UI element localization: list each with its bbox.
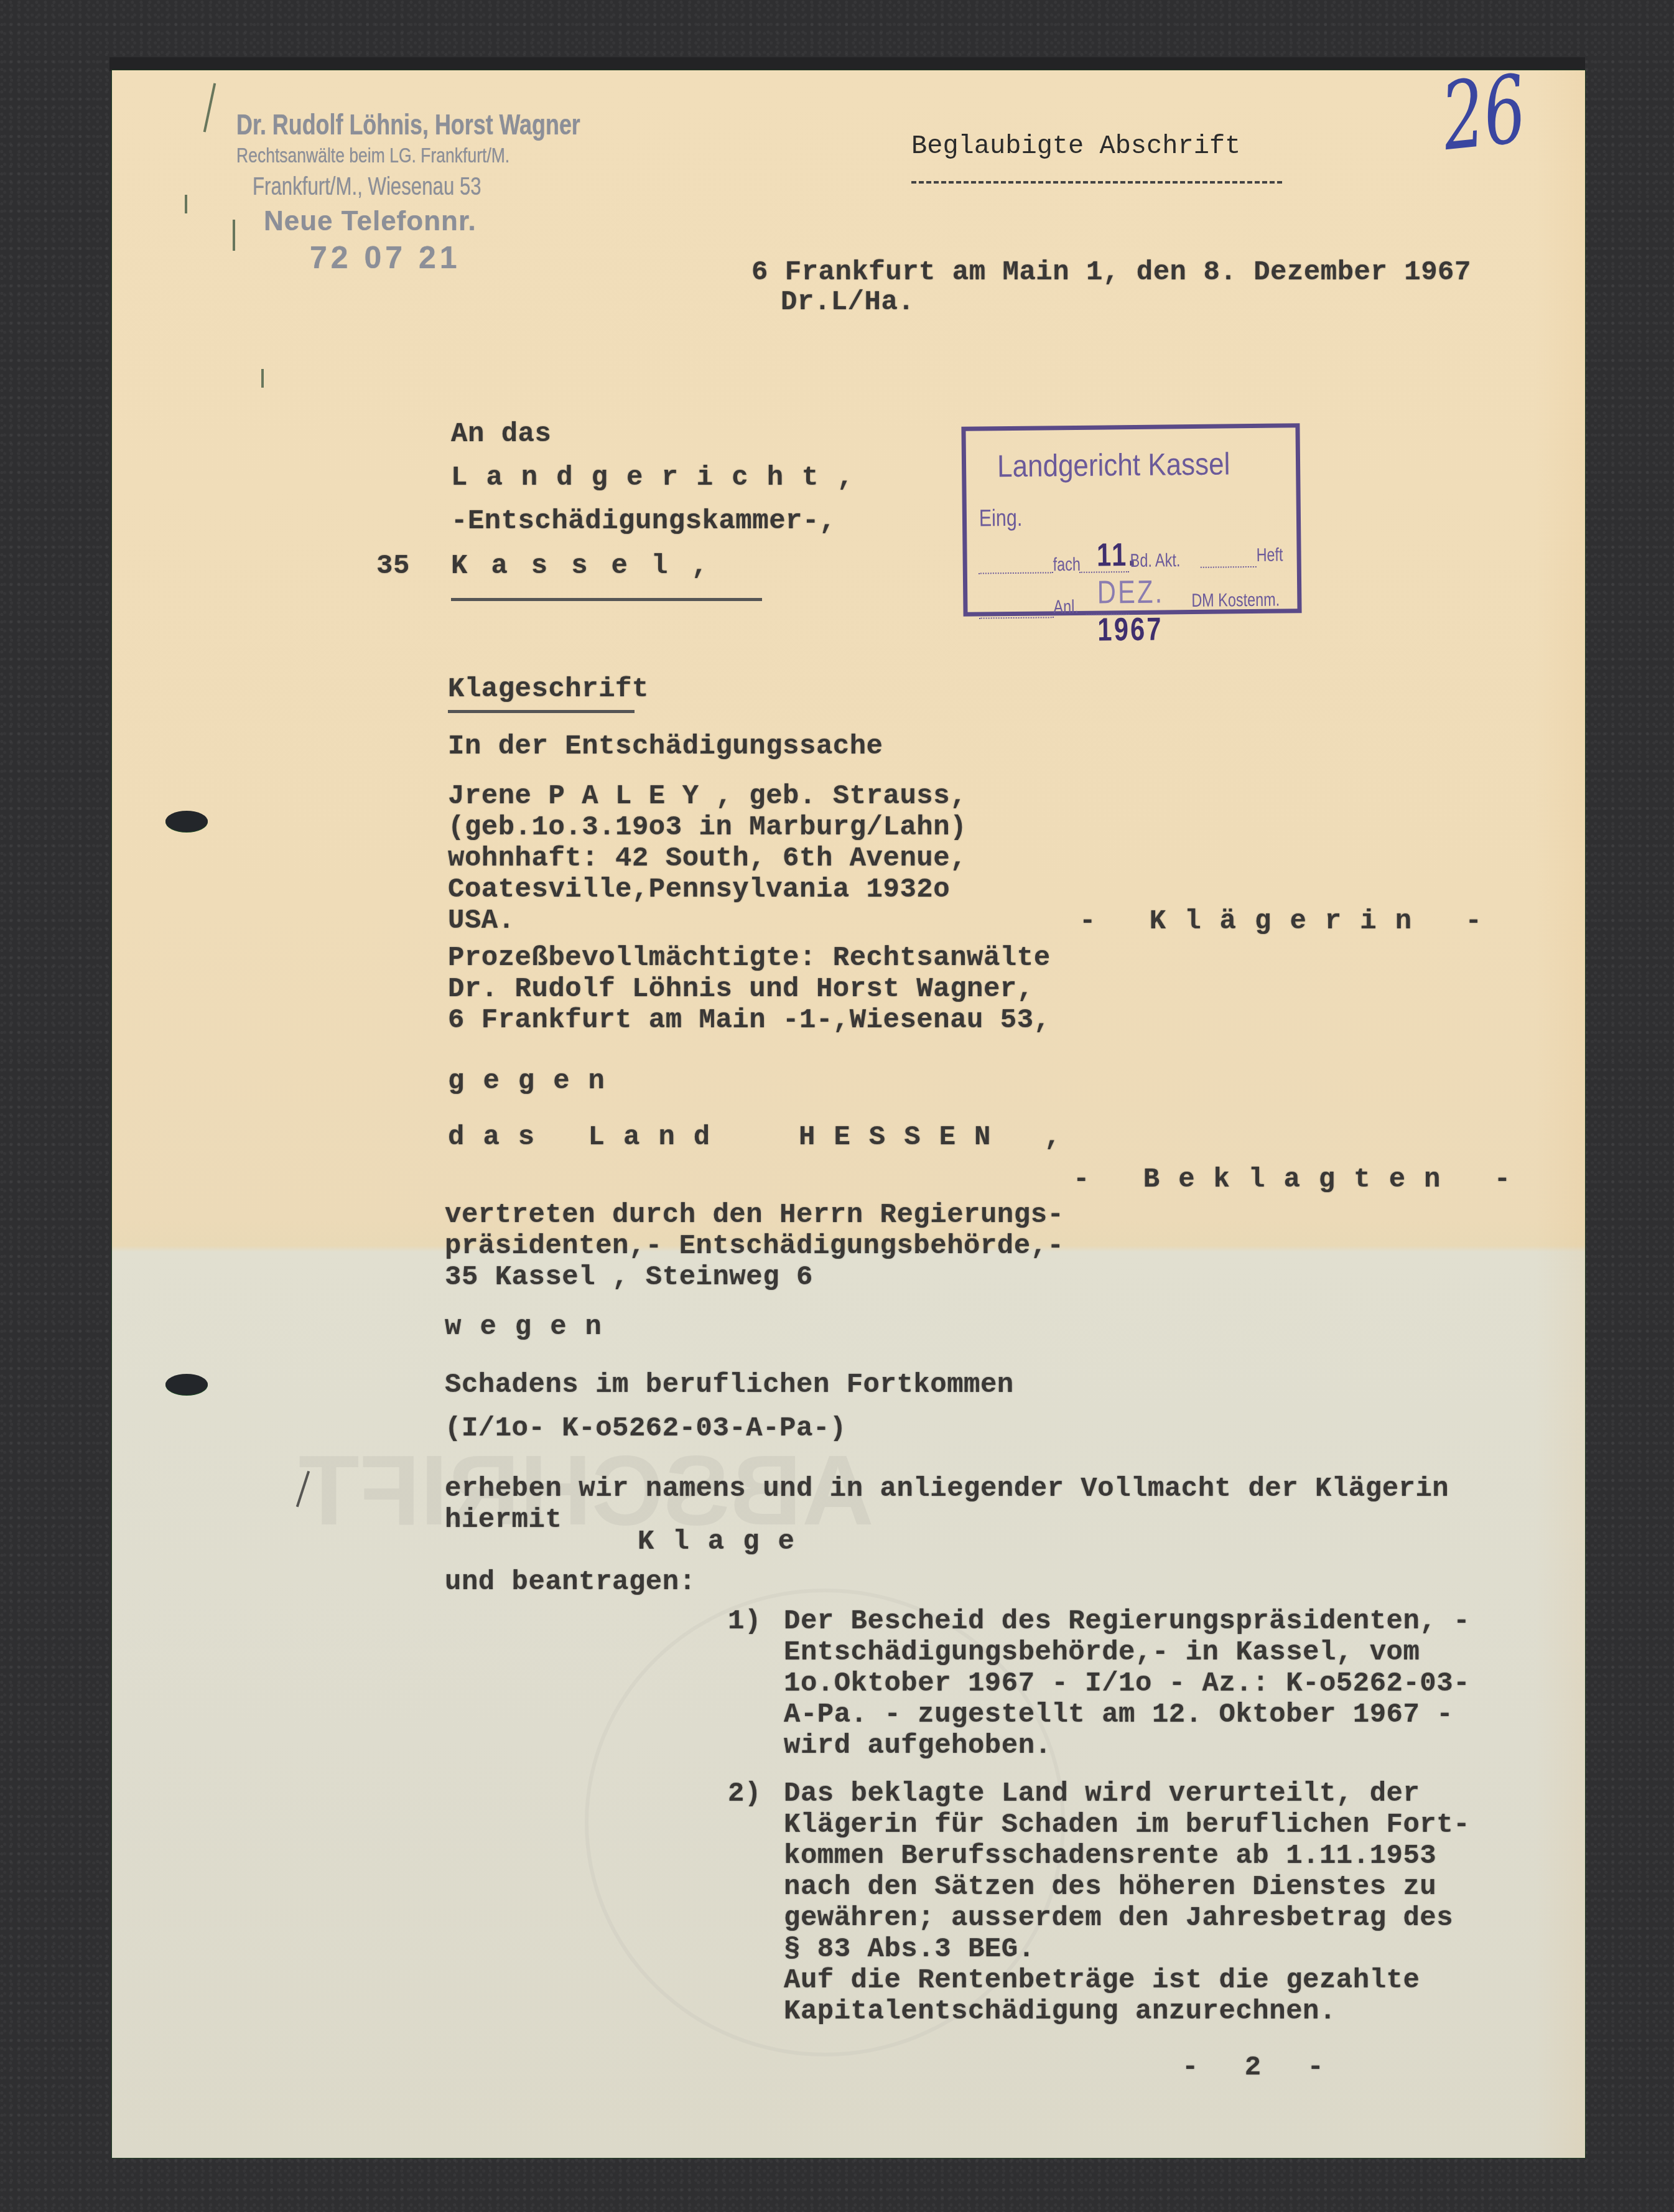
counsel-block: Prozeßbevollmächtigte: Rechtsanwälte Dr.… <box>448 943 1051 1036</box>
plaintiff-line: (geb.1o.3.19o3 in Marburg/Lahn) <box>448 812 967 843</box>
stamp-received-label: Eing. <box>979 505 1023 533</box>
letterhead-phone-label: Neue Telefonnr. <box>264 206 477 237</box>
plaintiff-line: wohnhaft: 42 South, 6th Avenue, <box>448 843 967 874</box>
document-heading: Klageschrift <box>448 674 649 705</box>
stamp-field-heft: Heft <box>1256 544 1283 566</box>
counsel-line: 6 Frankfurt am Main -1-,Wiesenau 53, <box>448 1005 1051 1036</box>
motion-line: Auf die Rentenbeträge ist die gezahlte <box>784 1965 1470 1996</box>
place-date: 6 Frankfurt am Main 1, den 8. Dezember 1… <box>751 257 1471 288</box>
stamp-field-bd-akt: Bd. Akt. <box>1130 550 1181 572</box>
punch-hole <box>165 1374 208 1395</box>
reference-initials: Dr.L/Ha. <box>781 287 914 318</box>
regarding-word: wegen <box>445 1312 620 1343</box>
recipient-postcode: 35 <box>376 551 410 582</box>
staple-tear-mark <box>261 369 264 388</box>
plaintiff-role: - Klägerin - <box>1079 906 1500 937</box>
document-title: Beglaubigte Abschrift <box>911 131 1240 161</box>
subject-line: Schadens im beruflichen Fortkommen <box>445 1370 1014 1401</box>
plaintiff-block: Jrene P A L E Y , geb. Strauss, (geb.1o.… <box>448 781 967 936</box>
letterhead-names: Dr. Rudolf Löhnis, Horst Wagner <box>236 108 580 141</box>
letterhead-phone-number: 72 07 21 <box>310 240 461 276</box>
counsel-line: Prozeßbevollmächtigte: Rechtsanwälte <box>448 943 1051 974</box>
motion-line: Der Bescheid des Regierungspräsidenten, … <box>784 1606 1470 1637</box>
plaintiff-line: USA. <box>448 905 967 936</box>
page-number-marker: - 2 - <box>1182 2052 1339 2083</box>
staple-tear-mark <box>203 83 216 132</box>
heading-underline <box>448 710 635 713</box>
letterhead-address: Frankfurt/M., Wiesenau 53 <box>253 173 481 201</box>
punch-hole <box>165 811 208 832</box>
file-reference: (I/1o- K-o5262-03-A-Pa-) <box>445 1413 847 1444</box>
binder-edge <box>109 57 1585 71</box>
motion-text: Der Bescheid des Regierungspräsidenten, … <box>784 1606 1470 1762</box>
plaintiff-line: Jrene P A L E Y , geb. Strauss, <box>448 781 967 812</box>
motion-line: 1o.Oktober 1967 - I/1o - Az.: K-o5262-03… <box>784 1668 1470 1699</box>
filing-block: erheben wir namens und in anliegender Vo… <box>445 1473 1449 1536</box>
stamp-court-name: Landgericht Kassel <box>997 446 1230 484</box>
defendant-name: das Land HESSEN , <box>448 1122 1079 1153</box>
folio-number: 26 <box>1437 55 1531 172</box>
recipient-court: Landgericht, <box>451 462 872 493</box>
recipient-city: Kassel, <box>451 551 732 582</box>
motion-line: nach den Sätzen des höheren Dienstes zu <box>784 1872 1470 1903</box>
motion-number: 1) <box>728 1606 761 1637</box>
against-word: gegen <box>448 1066 623 1097</box>
motion-text: Das beklagte Land wird verurteilt, der K… <box>784 1778 1470 2027</box>
matter-line: In der Entschädigungssache <box>448 731 883 762</box>
plaintiff-line: Coatesville,Pennsylvania 1932o <box>448 874 967 905</box>
stamp-field-fach: fach <box>1053 554 1081 576</box>
motion-number: 2) <box>728 1778 761 1809</box>
representation-line: vertreten durch den Herrn Regierungs- <box>445 1200 1064 1231</box>
stamp-year: 1967 <box>1097 611 1163 648</box>
staple-tear-mark <box>233 220 235 251</box>
defendant-role: - Beklagten - <box>1073 1164 1529 1195</box>
motion-line: Entschädigungsbehörde,- in Kassel, vom <box>784 1637 1470 1668</box>
stamp-blank-line <box>1201 566 1257 568</box>
counsel-line: Dr. Rudolf Löhnis und Horst Wagner, <box>448 974 1051 1005</box>
recipient-chamber: -Entschädigungskammer-, <box>451 506 836 537</box>
title-underline <box>911 181 1282 184</box>
claim-word: Klage <box>638 1526 813 1557</box>
city-underline <box>451 598 762 601</box>
motion-line: Klägerin für Schaden im beruflichen Fort… <box>784 1809 1470 1841</box>
motion-intro: und beantragen: <box>445 1567 696 1598</box>
representation-block: vertreten durch den Herrn Regierungs- pr… <box>445 1200 1064 1293</box>
stamp-date: 11. DEZ. 1967 <box>1041 498 1165 686</box>
motion-line: Kapitalentschädigung anzurechnen. <box>784 1996 1470 2027</box>
stamp-field-kosten: DM Kostenm. <box>1191 590 1280 612</box>
stamp-field-anl: Anl. <box>1053 597 1079 618</box>
motion-line: gewähren; ausserdem den Jahresbetrag des <box>784 1903 1470 1934</box>
motion-line: § 83 Abs.3 BEG. <box>784 1934 1470 1965</box>
motion-line: A-Pa. - zugestellt am 12. Oktober 1967 - <box>784 1699 1470 1730</box>
motion-line: Das beklagte Land wird verurteilt, der <box>784 1778 1470 1809</box>
page-shade <box>1535 70 1585 2158</box>
representation-line: präsidenten,- Entschädigungsbehörde,- <box>445 1231 1064 1262</box>
representation-line: 35 Kassel , Steinweg 6 <box>445 1262 1064 1293</box>
court-receipt-stamp: Landgericht Kassel Eing. 11. DEZ. 1967 f… <box>961 423 1301 617</box>
document-page: ABSCHRIFT Dr. Rudolf Löhnis, Horst Wagne… <box>112 70 1585 2158</box>
motion-line: kommen Berufsschadensrente ab 1.11.1953 <box>784 1841 1470 1872</box>
staple-tear-mark <box>185 195 187 213</box>
letterhead-profession: Rechtsanwälte beim LG. Frankfurt/M. <box>236 144 509 168</box>
stamp-month: DEZ. <box>1097 574 1164 610</box>
filing-line: hiermit <box>445 1505 1449 1536</box>
recipient-line-1: An das <box>451 419 551 450</box>
filing-line: erheben wir namens und in anliegender Vo… <box>445 1473 1449 1505</box>
motion-line: wird aufgehoben. <box>784 1730 1470 1762</box>
